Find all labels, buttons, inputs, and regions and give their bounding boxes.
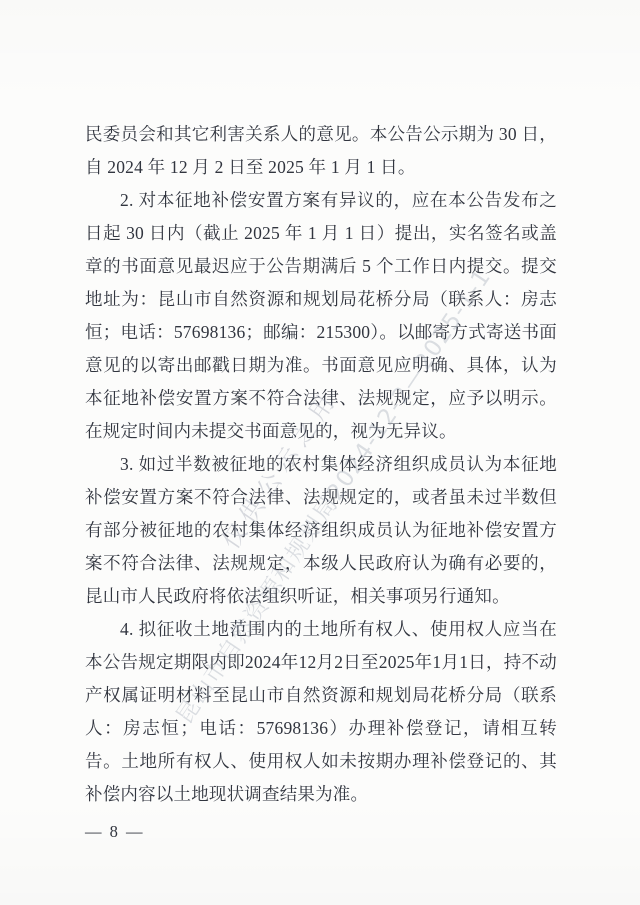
document-body: 民委员会和其它利害关系人的意见。本公告公示期为 30 日，自 2024 年 12… (85, 118, 557, 848)
paragraph: 3. 如过半数被征地的农村集体经济组织成员认为本征地补偿安置方案不符合法律、法规… (85, 448, 557, 613)
scanned-notice-page: 仅供公示之用 昆山市自然资源和规划局2024-12-2—2025-1-1 民委员… (0, 0, 640, 905)
paragraph: 4. 拟征收土地范围内的土地所有权人、使用权人应当在本公告规定期限内即2024年… (85, 613, 557, 811)
paragraph: 2. 对本征地补偿安置方案有异议的，应在本公告发布之日起 30 日内（截止 20… (85, 184, 557, 448)
paragraph: 民委员会和其它利害关系人的意见。本公告公示期为 30 日，自 2024 年 12… (85, 118, 557, 184)
page-number: — 8 — (85, 815, 557, 848)
